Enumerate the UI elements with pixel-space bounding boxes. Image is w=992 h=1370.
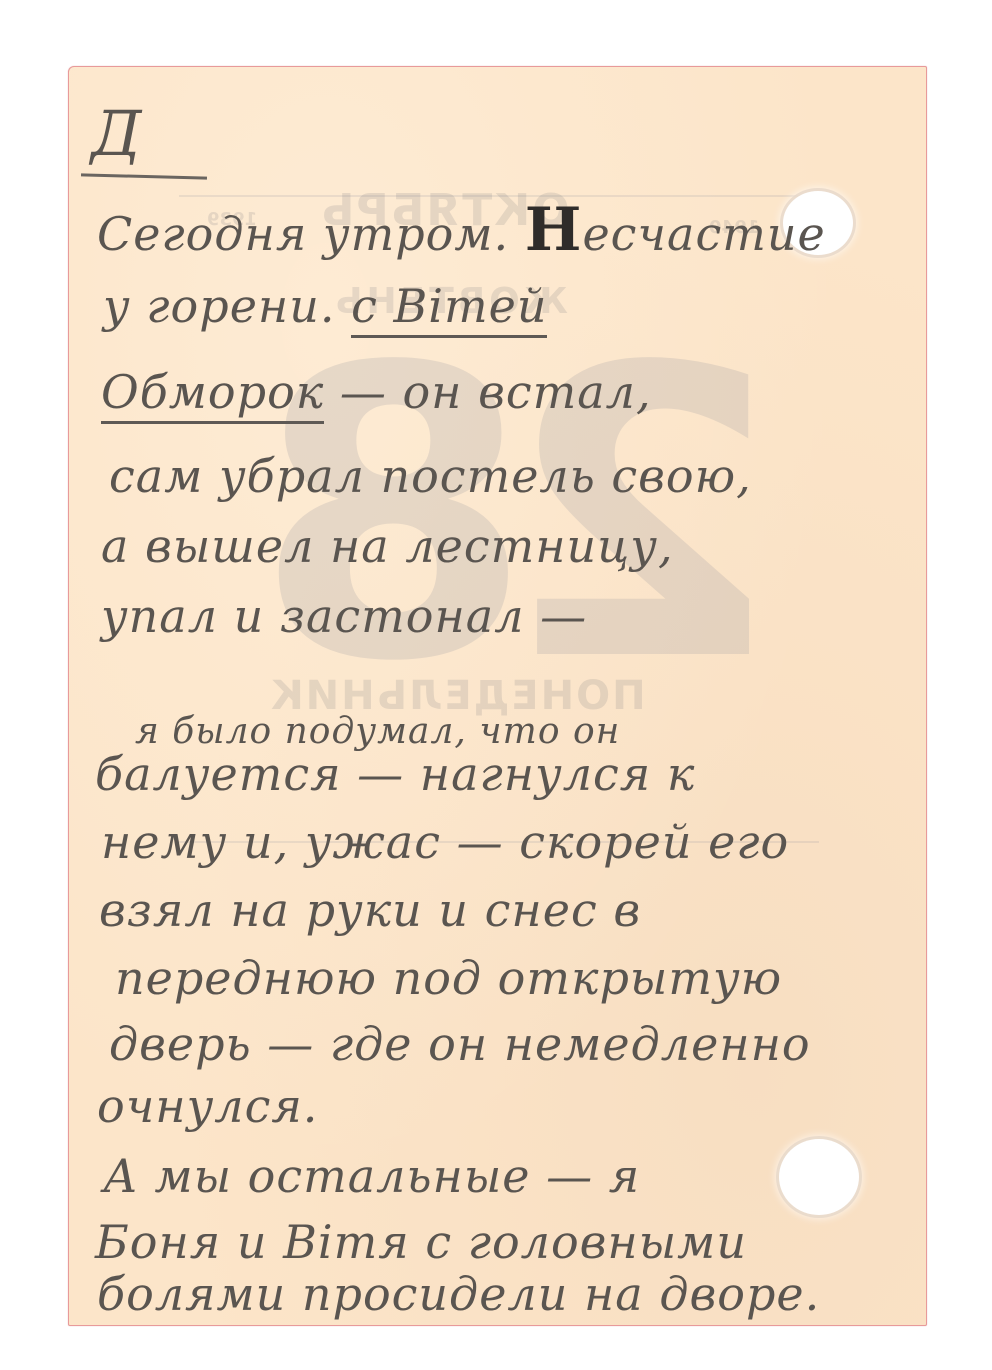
handwritten-line-16: болями просидели на дворе. [97, 1267, 820, 1321]
line-text: у горени. [103, 279, 351, 333]
handwritten-line-2: у горени. с Вітей [103, 279, 547, 333]
underlined-text: Обморок [101, 365, 324, 424]
handwritten-line-4: сам убрал постель свою, [109, 449, 752, 503]
handwritten-line-9: нему и, ужас — скорей его [101, 815, 789, 869]
handwritten-line-1: Сегодня утром. Несчастие [97, 195, 826, 265]
handwritten-line-3: Обморок — он встал, [101, 365, 652, 419]
handwritten-line-13: очнулся. [97, 1079, 318, 1133]
line-text-tail: есчастие [582, 207, 825, 261]
handwritten-line-8: балуется — нагнулся к [95, 747, 695, 801]
underlined-text: с Вітей [351, 279, 547, 338]
handwritten-line-5: а вышел на лестницу, [101, 519, 674, 573]
page-mark-underline [81, 173, 207, 179]
handwritten-line-7: я было подумал, что он [135, 711, 620, 752]
handwritten-line-14: А мы остальные — я [103, 1149, 640, 1203]
handwritten-line-12: дверь — где он немедленно [109, 1017, 811, 1071]
punch-hole-bottom [779, 1139, 859, 1215]
handwritten-line-10: взял на руки и снес в [99, 883, 641, 937]
handwritten-line-15: Боня и Вітя с головными [95, 1215, 747, 1269]
page-mark: Д [91, 97, 142, 170]
handwritten-line-11: переднюю под открытую [115, 951, 782, 1005]
handwritten-line-6: упал и застонал — [101, 589, 587, 643]
line-text: Сегодня утром. [97, 207, 525, 261]
calendar-card: 1939 ОКТЯБРЬ 1940 ЖОВТЕНЬ 28 ПОНЕДЕЛЬНИК… [68, 66, 927, 1326]
emphasized-letter: Н [525, 195, 583, 265]
line-text: — он встал, [324, 365, 651, 419]
